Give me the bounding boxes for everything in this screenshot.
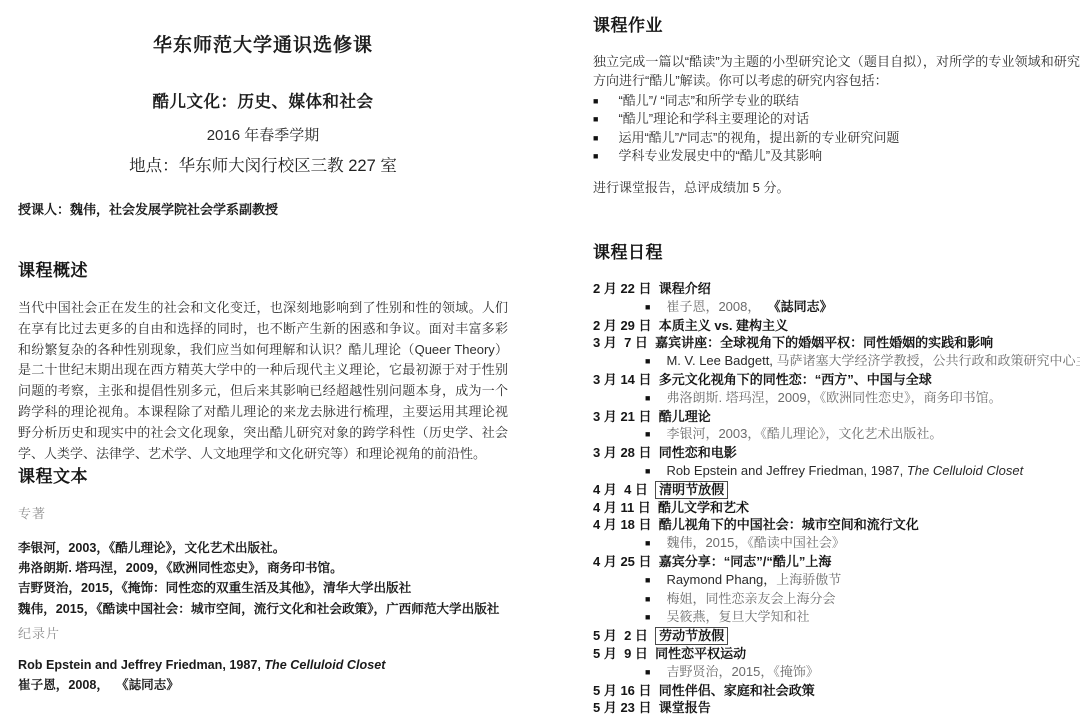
bullet-square-icon: ■: [645, 390, 650, 408]
schedule-line-segment: 梅姐，同性恋亲友会上海分会: [666, 591, 835, 606]
documentary-item: 崔子恩，2008， 《誌同志》: [18, 675, 508, 695]
bullet-square-icon: ■: [645, 463, 650, 481]
schedule-line-segment: 上海骄傲节: [776, 572, 841, 587]
schedule-line: ■Raymond Phang，上海骄傲节: [593, 571, 1080, 590]
monograph-item: 李银河，2003，《酷儿理论》，文化艺术出版社。: [18, 538, 508, 558]
assignment-bullet: ■“酷儿”/ “同志”和所学专业的联结: [593, 92, 1080, 110]
location-line: 地点：华东师大闵行校区三教 227 室: [18, 152, 508, 176]
schedule-line: 3 月 14 日 多元文化视角下的同性恋：“西方”、中国与全球: [593, 371, 1080, 389]
bullet-square-icon: ■: [645, 299, 650, 317]
assignment-intro: 独立完成一篇以“酷读”为主题的小型研究论文（题目自拟），对所学的专业领域和研究方…: [593, 52, 1080, 90]
schedule-line-segment: 多元文化视角下的同性恋：“西方”、中国与全球: [659, 372, 932, 387]
schedule-line: 2 月 29 日 本质主义 vs. 建构主义: [593, 317, 1080, 335]
schedule-line-segment: 3 月 21 日: [593, 409, 659, 424]
schedule-line: ■梅姐，同性恋亲友会上海分会: [593, 590, 1080, 609]
bullet-square-icon: ■: [645, 664, 650, 682]
assignment-bullet: ■“酷儿”理论和学科主要理论的对话: [593, 110, 1080, 128]
monograph-item: 魏伟，2015，《酷读中国社会：城市空间，流行文化和社会政策》，广西师范大学出版…: [18, 599, 508, 619]
schedule-line-segment: 课程介绍: [659, 281, 711, 296]
assignment-bullet-text: 学科专业发展史中的“酷儿”及其影响: [618, 148, 822, 163]
schedule-line-segment: Raymond Phang，: [666, 572, 776, 587]
bullet-square-icon: ■: [593, 111, 598, 128]
assignment-bullet: ■学科专业发展史中的“酷儿”及其影响: [593, 147, 1080, 165]
schedule-line: 4 月 18 日 酷儿视角下的中国社会：城市空间和流行文化: [593, 516, 1080, 534]
course-texts-heading: 课程文本: [18, 462, 508, 487]
schedule-line-segment: Rob Epstein and Jeffrey Friedman, 1987,: [666, 463, 906, 478]
assignment-bullet: ■运用“酷儿”/“同志”的视角，提出新的专业研究问题: [593, 129, 1080, 147]
monograph-item: 弗洛朗斯. 塔玛涅，2009，《欧洲同性恋史》，商务印书馆。: [18, 558, 508, 578]
course-assignment-heading: 课程作业: [593, 11, 1080, 36]
schedule-line: 5 月 9 日 同性恋平权运动: [593, 645, 1080, 663]
schedule-line-segment: 3 月 28 日: [593, 445, 659, 460]
instructor-line: 授课人：魏伟，社会发展学院社会学系副教授: [18, 199, 508, 218]
schedule-line-segment: 2 月 29 日: [593, 318, 659, 333]
documentaries-list: Rob Epstein and Jeffrey Friedman, 1987, …: [18, 655, 508, 695]
schedule-line: ■魏伟，2015，《酷读中国社会》: [593, 534, 1080, 553]
schedule-line-segment: 酷儿文学和艺术: [658, 500, 749, 515]
course-overview-heading: 课程概述: [18, 256, 508, 281]
schedule-line-segment: 同性恋平权运动: [655, 646, 746, 661]
schedule-line-segment: 弗洛朗斯. 塔玛涅，2009，《欧洲同性恋史》，商务印书馆。: [666, 390, 1001, 405]
schedule-line: ■吉野贤治，2015，《掩饰》: [593, 663, 1080, 682]
schedule-line: ■弗洛朗斯. 塔玛涅，2009，《欧洲同性恋史》，商务印书馆。: [593, 389, 1080, 408]
schedule-line-segment: 课堂报告: [659, 700, 711, 715]
documentary-item: Rob Epstein and Jeffrey Friedman, 1987, …: [18, 655, 508, 675]
schedule-line-segment: 4 月 11 日: [593, 500, 658, 515]
monographs-list: 李银河，2003，《酷儿理论》，文化艺术出版社。弗洛朗斯. 塔玛涅，2009，《…: [18, 538, 508, 619]
schedule-line-segment: 清明节放假: [655, 481, 728, 499]
assignment-bullet-text: “酷儿”/ “同志”和所学专业的联结: [618, 93, 799, 108]
schedule-line: ■M. V. Lee Badgett, 马萨诸塞大学经济学教授，公共行政和政策研…: [593, 352, 1080, 371]
bullet-square-icon: ■: [645, 535, 650, 553]
schedule-list: 2 月 22 日 课程介绍■崔子恩，2008， 《誌同志》2 月 29 日 本质…: [593, 280, 1080, 717]
schedule-line: 5 月 2 日 劳动节放假: [593, 627, 1080, 645]
schedule-line: 5 月 23 日 课堂报告: [593, 699, 1080, 717]
bullet-square-icon: ■: [645, 591, 650, 609]
schedule-line: ■崔子恩，2008， 《誌同志》: [593, 298, 1080, 317]
schedule-line: 5 月 16 日 同性伴侣、家庭和社会政策: [593, 682, 1080, 700]
bullet-square-icon: ■: [645, 426, 650, 444]
schedule-line: 2 月 22 日 课程介绍: [593, 280, 1080, 298]
schedule-line-segment: 酷儿视角下的中国社会：城市空间和流行文化: [659, 517, 919, 532]
schedule-line-segment: 5 月 23 日: [593, 700, 659, 715]
bullet-square-icon: ■: [645, 353, 650, 371]
schedule-line: 4 月 25 日 嘉宾分享：“同志”/“酷儿”上海: [593, 553, 1080, 571]
schedule-line: ■吴筱燕，复旦大学知和社: [593, 608, 1080, 627]
schedule-line-segment: 4 月 25 日: [593, 554, 659, 569]
documentary-item-segment: 崔子恩，2008， 《誌同志》: [18, 678, 179, 692]
documentaries-label: 纪录片: [18, 623, 508, 642]
right-page: 课程作业 独立完成一篇以“酷读”为主题的小型研究论文（题目自拟），对所学的专业领…: [593, 0, 1080, 721]
bullet-square-icon: ■: [593, 130, 598, 147]
schedule-line-segment: The Celluloid Closet: [907, 463, 1023, 478]
monograph-item-text: 吉野贤治，2015，《掩饰：同性恋的双重生活及其他》，清华大学出版社: [18, 581, 411, 595]
schedule-line: ■李银河，2003，《酷儿理论》，文化艺术出版社。: [593, 425, 1080, 444]
schedule-line-segment: 马萨诸塞大学经济学教授，公共行政和政策研究中心主任: [777, 353, 1080, 368]
bullet-square-icon: ■: [645, 609, 650, 627]
schedule-line: 4 月 11 日 酷儿文学和艺术: [593, 499, 1080, 517]
schedule-line-segment: 嘉宾讲座：全球视角下的婚姻平权：同性婚姻的实践和影响: [655, 335, 993, 350]
documentary-item-segment: The Celluloid Closet: [264, 658, 385, 672]
schedule-line-segment: 5 月 9 日: [593, 646, 655, 661]
schedule-line-segment: 3 月 14 日: [593, 372, 659, 387]
schedule-line-segment: 5 月 2 日: [593, 628, 655, 643]
schedule-line: 4 月 4 日 清明节放假: [593, 481, 1080, 499]
schedule-line-segment: 魏伟，2015，《酷读中国社会》: [666, 535, 844, 550]
schedule-line-segment: 酷儿理论: [659, 409, 711, 424]
syllabus-document: 华东师范大学通识选修课 酷儿文化：历史、媒体和社会 2016 年春季学期 地点：…: [0, 0, 1080, 721]
bullet-square-icon: ■: [593, 148, 598, 165]
left-page: 华东师范大学通识选修课 酷儿文化：历史、媒体和社会 2016 年春季学期 地点：…: [18, 0, 508, 721]
schedule-line-segment: 2 月 22 日: [593, 281, 659, 296]
monograph-item-text: 弗洛朗斯. 塔玛涅，2009，《欧洲同性恋史》，商务印书馆。: [18, 561, 343, 575]
course-schedule-heading: 课程日程: [593, 238, 1080, 263]
schedule-line: 3 月 7 日 嘉宾讲座：全球视角下的婚姻平权：同性婚姻的实践和影响: [593, 334, 1080, 352]
schedule-line-segment: 同性伴侣、家庭和社会政策: [659, 683, 815, 698]
schedule-line: 3 月 21 日 酷儿理论: [593, 408, 1080, 426]
schedule-line: ■Rob Epstein and Jeffrey Friedman, 1987,…: [593, 462, 1080, 481]
schedule-line-segment: 崔子恩，2008，: [666, 299, 767, 314]
schedule-line-segment: 吉野贤治，2015，《掩饰》: [666, 664, 818, 679]
monograph-item-text: 魏伟，2015，《酷读中国社会：城市空间，流行文化和社会政策》，广西师范大学出版…: [18, 602, 499, 616]
monograph-item-text: 李银河，2003，《酷儿理论》，文化艺术出版社。: [18, 541, 285, 555]
schedule-line-segment: 5 月 16 日: [593, 683, 659, 698]
assignment-bullet-text: 运用“酷儿”/“同志”的视角，提出新的专业研究问题: [618, 130, 899, 145]
semester-label: 2016 年春季学期: [18, 124, 508, 145]
schedule-line-segment: 嘉宾分享：“同志”/“酷儿”上海: [659, 554, 832, 569]
schedule-line-segment: M. V. Lee Badgett,: [666, 353, 776, 368]
schedule-line-segment: 本质主义 vs. 建构主义: [659, 318, 788, 333]
course-title: 酷儿文化：历史、媒体和社会: [18, 88, 508, 112]
schedule-line-segment: 李银河，2003，《酷儿理论》，文化艺术出版社。: [666, 426, 942, 441]
bullet-square-icon: ■: [593, 93, 598, 110]
assignment-bullet-list: ■“酷儿”/ “同志”和所学专业的联结■“酷儿”理论和学科主要理论的对话■运用“…: [593, 92, 1080, 166]
monograph-item: 吉野贤治，2015，《掩饰：同性恋的双重生活及其他》，清华大学出版社: [18, 578, 508, 598]
schedule-line-segment: 同性恋和电影: [659, 445, 737, 460]
monographs-label: 专著: [18, 503, 508, 522]
bullet-square-icon: ■: [645, 572, 650, 590]
schedule-line-segment: 3 月 7 日: [593, 335, 655, 350]
assignment-note: 进行课堂报告，总评成绩加 5 分。: [593, 177, 1080, 196]
schedule-line-segment: 4 月 18 日: [593, 517, 659, 532]
schedule-line-segment: 4 月 4 日: [593, 482, 655, 497]
schedule-line-segment: 《誌同志》: [768, 299, 833, 314]
documentary-item-segment: Rob Epstein and Jeffrey Friedman, 1987,: [18, 658, 264, 672]
university-title: 华东师范大学通识选修课: [18, 30, 508, 57]
schedule-line-segment: 劳动节放假: [655, 627, 728, 645]
course-overview-body: 当代中国社会正在发生的社会和文化变迁，也深刻地影响到了性别和性的领域。人们在享有…: [18, 298, 508, 464]
schedule-line: 3 月 28 日 同性恋和电影: [593, 444, 1080, 462]
schedule-line-segment: 吴筱燕，复旦大学知和社: [666, 609, 809, 624]
assignment-bullet-text: “酷儿”理论和学科主要理论的对话: [618, 111, 809, 126]
